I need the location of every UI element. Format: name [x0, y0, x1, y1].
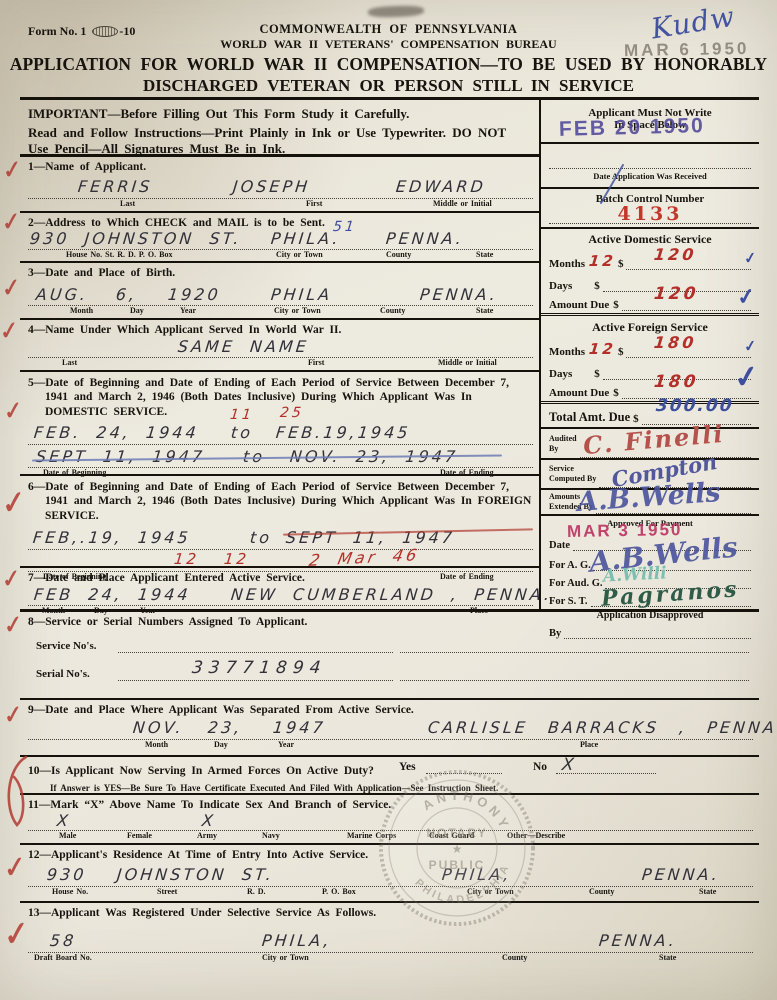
service-name-sublabels: Last First Middle or Initial: [28, 358, 533, 370]
form-number: Form No. 1-10: [28, 24, 135, 39]
selective-state: PENNA.: [598, 931, 678, 950]
sublabel-city: City or Town: [276, 250, 323, 259]
section-10-active-duty: 10—Is Applicant Now Serving In Armed For…: [20, 757, 759, 795]
name-sublabels: Last First Middle or Initial: [28, 199, 533, 211]
domestic-amount-due: 120: [653, 284, 700, 304]
sublabel-month: Month: [145, 740, 168, 749]
mailing-state: PENNA.: [385, 229, 465, 248]
section-10-label: 10—Is Applicant Now Serving In Armed For…: [28, 765, 374, 777]
blue-check-mark: ✓: [743, 336, 758, 356]
sublabel-state: State: [476, 306, 493, 315]
red-annotation-12a: 12: [173, 550, 200, 568]
service-nos-label: Service No's.: [36, 640, 96, 652]
entered-service-line: FEB 24, 1944 NEW CUMBERLAND , PENNA.: [28, 584, 533, 606]
section-12-label: 12—Applicant's Residence At Time of Entr…: [28, 849, 753, 861]
section-6-label: 6—Date of Beginning and Date of Ending o…: [28, 480, 533, 523]
section-9-label: 9—Date and Place Where Applicant Was Sep…: [28, 704, 753, 716]
sublabel-county: County: [589, 887, 614, 896]
birth-sublabels: Month Day Year City or Town County State: [28, 306, 533, 318]
section-10-note: If Answer is YES—Be Sure To Have Certifi…: [50, 783, 753, 793]
service-name-entry-line: SAME NAME: [28, 336, 533, 358]
red-check-mark: ✓: [3, 700, 23, 731]
sublabel-army: Army: [197, 831, 217, 840]
sublabel-day: Day: [214, 740, 228, 749]
applicant-last-name: FERRIS: [77, 177, 153, 196]
domestic1-to: to: [230, 423, 254, 442]
section-4-service-name: ✓ 4—Name Under Which Applicant Served In…: [20, 320, 539, 372]
entered-date: FEB 24, 1944: [33, 585, 192, 604]
for-audg-label: For Aud. G.: [549, 578, 602, 589]
domestic-months-value: 12: [588, 252, 617, 270]
section-3-birth: ✓ 3—Date and Place of Birth. AUG. 6, 192…: [20, 263, 539, 320]
no-label: No: [533, 761, 547, 773]
sublabel-middle: Middle or Initial: [438, 358, 497, 367]
months-label: Months: [549, 258, 585, 270]
army-x-mark: X: [201, 811, 217, 830]
form-number-suffix: -10: [119, 24, 135, 38]
red-check-mark: ✓: [3, 396, 23, 427]
domestic-title: Active Domestic Service: [541, 229, 759, 247]
important-line3: Use Pencil—All Signatures Must Be in Ink…: [28, 141, 529, 156]
important-line2: Read and Follow Instructions—Print Plain…: [28, 125, 529, 140]
form-number-label: Form No. 1: [28, 24, 86, 38]
red-check-mark: ✓: [3, 850, 26, 886]
section-4-label: 4—Name Under Which Applicant Served In W…: [28, 324, 533, 336]
no-x-mark: X: [561, 755, 578, 775]
sublabel-po-box: P. O. Box: [322, 887, 356, 896]
lower-sections: ✓ 8—Service or Serial Numbers Assigned T…: [20, 612, 759, 1000]
name-entry-line: FERRIS JOSEPH EDWARD: [28, 175, 533, 199]
section-9-separation: ✓ 9—Date and Place Where Applicant Was S…: [20, 700, 759, 757]
amount-due-label: Amount Due: [549, 387, 609, 399]
residence-street: JOHNSTON ST.: [116, 865, 275, 884]
red-check-mark: ✓: [1, 273, 21, 304]
red-check-mark: ✓: [2, 155, 22, 186]
foreign1-to: to: [249, 528, 273, 547]
entered-place: NEW CUMBERLAND , PENNA.: [230, 585, 553, 604]
residence-state: PENNA.: [641, 865, 721, 884]
sublabel-city: City or Town: [274, 306, 321, 315]
service-numbers-row: Service No's.: [28, 628, 753, 658]
sublabel-county: County: [380, 306, 405, 315]
sublabel-last: Last: [62, 358, 77, 367]
birth-state: PENNA.: [419, 285, 499, 304]
domestic-amount-row: Amount Due $ 120 ✓: [541, 292, 759, 316]
printers-union-bug-icon: [92, 26, 118, 37]
section-13-selective-service: ✓ 13—Applicant Was Registered Under Sele…: [20, 903, 759, 1000]
days-label: Days: [549, 280, 572, 292]
months-label: Months: [549, 346, 585, 358]
foreign-months-amount-line: 180: [626, 345, 751, 358]
serial-nos-line1: [118, 680, 393, 681]
extended-row: AmountsExtended By A.B.Wells: [541, 490, 759, 516]
separation-entry-line: NOV. 23, 1947 CARLISLE BARRACKS , PENNA.: [28, 716, 753, 740]
domestic-months-amount: 120: [653, 245, 697, 264]
sublabel-last: Last: [120, 199, 135, 208]
service-nos-line1: [118, 652, 393, 653]
for-st-row: For S. T. Pagranos: [541, 589, 759, 607]
domestic2-begin: SEPT 11, 1947: [35, 447, 206, 466]
section-11-sex-branch: 11—Mark “X” Above Name To Indicate Sex A…: [20, 795, 759, 845]
red-check-mark: ✓: [3, 610, 23, 641]
mailing-city: PHILA.: [270, 229, 342, 248]
foreign-days-row: Days $: [541, 358, 759, 380]
dollar-sign: $: [613, 299, 619, 311]
foreign-months-row: Months 12 $ 180 ✓: [541, 335, 759, 358]
sublabel-navy: Navy: [262, 831, 280, 840]
foreign-period-1-line: FEB,.19, 1945 to SEPT 11, 1947: [28, 523, 533, 550]
foreign-title: Active Foreign Service: [541, 316, 759, 335]
amount-due-label: Amount Due: [549, 299, 609, 311]
domestic-days-row: Days $: [541, 270, 759, 292]
red-check-mark: ✓: [1, 564, 21, 595]
serial-nos-label: Serial No's.: [36, 668, 90, 680]
serial-nos-line2: [400, 680, 749, 681]
birth-month: AUG.: [35, 285, 89, 304]
main-columns: IMPORTANT—Before Filling Out This Form S…: [20, 97, 759, 612]
dollar-sign: $: [618, 258, 624, 270]
section-8-serial-numbers: ✓ 8—Service or Serial Numbers Assigned T…: [20, 612, 759, 700]
domestic-period-2-line: SEPT 11, 1947 to NOV. 23, 1947: [28, 445, 533, 468]
domestic-amount-line: 120: [622, 298, 751, 311]
sublabel-place: Place: [580, 740, 598, 749]
sublabel-year: Year: [278, 740, 294, 749]
section-7-entered-service: ✓ 7—Date and Place Applicant Entered Act…: [20, 568, 539, 617]
draft-board-number: 58: [49, 931, 77, 950]
section-2-label: 2—Address to Which CHECK and MAIL is to …: [28, 217, 533, 229]
red-margin-loop: [2, 753, 32, 831]
section-8-label: 8—Service or Serial Numbers Assigned To …: [28, 616, 753, 628]
audited-row: AuditedBy C. Finelli: [541, 429, 759, 460]
sublabel-street: Street: [157, 887, 177, 896]
sublabel-year: Year: [180, 306, 196, 315]
service-name-value: SAME NAME: [177, 337, 310, 356]
blue-check-mark: ✓: [735, 283, 757, 311]
residence-sublabels: House No. Street R. D. P. O. Box City or…: [28, 887, 753, 899]
sublabel-draft-board: Draft Board No.: [34, 953, 92, 962]
section-1-label: 1—Name of Applicant.: [28, 161, 533, 173]
important-notice: IMPORTANT—Before Filling Out This Form S…: [20, 100, 539, 157]
section-11-label: 11—Mark “X” Above Name To Indicate Sex A…: [28, 799, 753, 811]
section-12-residence: ✓ 12—Applicant's Residence At Time of En…: [20, 845, 759, 903]
section-1-name: ✓ 1—Name of Applicant. FERRIS JOSEPH EDW…: [20, 157, 539, 213]
no-write-box: Applicant Must Not Write In Space Below …: [541, 100, 759, 144]
selective-sublabels: Draft Board No. City or Town County Stat…: [28, 953, 753, 965]
residence-city: PHILA,: [441, 865, 513, 884]
for-ag-label: For A. G.: [549, 560, 591, 571]
foreign-months-value: 12: [588, 340, 617, 358]
separation-day: 23,: [207, 718, 243, 737]
sublabel-coast-guard: Coast Guard: [429, 831, 474, 840]
date-received-line: [549, 168, 751, 169]
birth-day: 6,: [115, 285, 138, 304]
selective-city: PHILA,: [261, 931, 333, 950]
red-annotation-12b: 12: [223, 550, 250, 568]
important-line1: IMPORTANT—Before Filling Out This Form S…: [28, 106, 529, 121]
red-check-mark: ✓: [1, 207, 21, 238]
red-check-mark: ✓: [1, 483, 26, 522]
sublabel-female: Female: [127, 831, 152, 840]
sublabel-day: Day: [130, 306, 144, 315]
section-2-address: ✓ 2—Address to Which CHECK and MAIL is t…: [20, 213, 539, 263]
sublabel-state: State: [476, 250, 493, 259]
sex-branch-sublabels: Male Female Army Navy Marine Corps Coast…: [28, 831, 753, 843]
birth-entry-line: AUG. 6, 1920 PHILA PENNA.: [28, 279, 533, 306]
domestic1-end: FEB.19,1945: [275, 423, 412, 442]
no-line: [556, 773, 656, 774]
residence-entry-line: 930 JOHNSTON ST. PHILA, PENNA.: [28, 861, 753, 887]
form-title-line2: DISCHARGED VETERAN OR PERSON STILL IN SE…: [0, 77, 777, 96]
serial-numbers-row: Serial No's. 33771894: [28, 658, 753, 688]
foreign-months-amount: 180: [653, 333, 697, 352]
dollar-sign: $: [594, 368, 600, 380]
sublabel-house-no: House No.: [52, 887, 88, 896]
dollar-sign: $: [618, 346, 624, 358]
active-duty-row: 10—Is Applicant Now Serving In Armed For…: [28, 761, 753, 779]
dollar-sign: $: [594, 280, 600, 292]
dollar-sign: $: [633, 413, 639, 425]
batch-number: 4133: [541, 203, 759, 225]
foreign-amount-due: 180: [653, 372, 700, 392]
domestic-service-box: Active Domestic Service Months 12 $ 120 …: [541, 229, 759, 316]
domestic1-begin: FEB. 24, 1944: [33, 423, 200, 442]
computed-label2: Computed By: [549, 474, 596, 483]
date-received-block: Date Application Was Received: [541, 144, 759, 187]
audited-label2: By: [549, 444, 558, 453]
mailing-address: 930 JOHNSTON ST.: [29, 229, 243, 248]
sublabel-rd: R. D.: [247, 887, 266, 896]
days-label: Days: [549, 368, 572, 380]
sex-branch-mark-line: X X: [28, 811, 753, 831]
red-annotation-25: 25: [279, 405, 305, 421]
foreign-service-box: Active Foreign Service Months 12 $ 180 ✓…: [541, 316, 759, 404]
form-header: Form No. 1-10 COMMONWEALTH OF PENNSYLVAN…: [0, 0, 777, 97]
sublabel-month: Month: [70, 306, 93, 315]
sublabel-marine-corps: Marine Corps: [347, 831, 396, 840]
domestic-months-row: Months 12 $ 120 ✓: [541, 247, 759, 270]
section-6-foreign-service: ✓ 6—Date of Beginning and Date of Ending…: [20, 476, 539, 568]
date-received-label: Date Application Was Received: [541, 171, 759, 182]
separation-place: CARLISLE BARRACKS , PENNA.: [427, 718, 777, 737]
sublabel-first: First: [306, 199, 322, 208]
male-x-mark: X: [56, 811, 72, 830]
blue-check-mark: ✓: [743, 248, 758, 268]
address-entry-line: 930 JOHNSTON ST. PHILA. 51 PENNA.: [28, 229, 533, 250]
birth-city: PHILA: [270, 285, 333, 304]
red-annotation-11: 11: [229, 407, 255, 423]
sublabel-middle: Middle or Initial: [433, 199, 492, 208]
office-use-column: Applicant Must Not Write In Space Below …: [541, 100, 759, 609]
sublabel-county: County: [502, 953, 527, 962]
domestic-months-amount-line: 120: [626, 257, 751, 270]
for-st-label: For S. T.: [549, 596, 588, 607]
domestic-period-1-line: 11 25 FEB. 24, 1944 to FEB.19,1945: [28, 419, 533, 445]
section-13-label: 13—Applicant Was Registered Under Select…: [28, 907, 753, 919]
serial-number-value: 33771894: [191, 658, 328, 678]
section-5-domestic-service: ✓ 5—Date of Beginning and Date of Ending…: [20, 372, 539, 476]
separation-month: NOV.: [132, 718, 185, 737]
audited-label1: Audited: [549, 434, 577, 443]
sublabel-state: State: [699, 887, 716, 896]
sublabel-other: Other—Describe: [507, 831, 565, 840]
birth-year: 1920: [167, 285, 222, 304]
applicant-column: IMPORTANT—Before Filling Out This Form S…: [20, 100, 541, 609]
blue-check-mark-large: ✓: [732, 358, 762, 396]
date-stamp-mar6: MAR 6 1950: [623, 39, 749, 61]
applicant-middle-name: EDWARD: [395, 177, 487, 196]
sublabel-county: County: [386, 250, 411, 259]
date-stamp-feb20: FEB 20 1950: [559, 114, 705, 142]
batch-dotted-line: [549, 223, 751, 224]
service-nos-line2: [400, 652, 749, 653]
yes-line: [426, 773, 502, 774]
sublabel-state: State: [659, 953, 676, 962]
sublabel-city: City or Town: [467, 887, 514, 896]
residence-house: 930: [46, 865, 88, 884]
yes-label: Yes: [399, 761, 416, 773]
total-label: Total Amt. Due: [549, 410, 630, 425]
sublabel-house: House No. St. R. D. P. O. Box: [66, 250, 173, 259]
batch-block: Batch Control Number 4133: [541, 187, 759, 229]
red-check-mark: ✓: [3, 914, 30, 956]
form-page: Form No. 1-10 COMMONWEALTH OF PENNSYLVAN…: [0, 0, 777, 1000]
applicant-first-name: JOSEPH: [232, 177, 311, 196]
computed-label1: Service: [549, 464, 574, 473]
sublabel-city: City or Town: [262, 953, 309, 962]
separation-sublabels: Month Day Year Place: [28, 740, 753, 752]
postal-zone-blue: 51: [332, 219, 358, 235]
section-3-label: 3—Date and Place of Birth.: [28, 267, 533, 279]
total-value: 300.00: [655, 396, 735, 416]
dollar-sign: $: [613, 387, 619, 399]
separation-year: 1947: [272, 718, 327, 737]
address-sublabels: House No. St. R. D. P. O. Box City or To…: [28, 250, 533, 262]
foreign1-begin: FEB,.19, 1945: [32, 528, 192, 547]
section-7-label: 7—Date and Place Applicant Entered Activ…: [28, 572, 533, 584]
extended-label1: Amounts: [549, 492, 580, 501]
red-check-mark: ✓: [0, 316, 19, 347]
selective-service-entry-line: 58 PHILA, PENNA.: [28, 919, 753, 953]
sublabel-first: First: [308, 358, 324, 367]
sublabel-male: Male: [59, 831, 76, 840]
